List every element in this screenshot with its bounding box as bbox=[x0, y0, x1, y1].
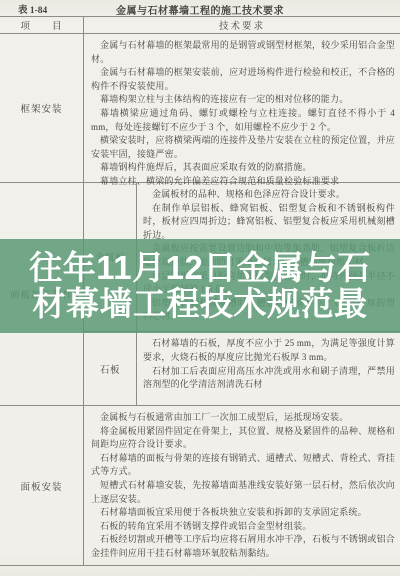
row-label-panel-install: 面板安装 bbox=[0, 406, 84, 565]
header-cell-requirement: 技术要求 bbox=[84, 17, 400, 33]
row-content-frame-install: 金属与石材幕墙的框架最常用的是钢管或钢型材框架，较少采用铝合金型材。 金属与石材… bbox=[84, 34, 400, 182]
paragraph: 幕墙钢构件施焊后，其表面应采取有效的防腐措施。 bbox=[91, 161, 395, 175]
row-frame-install: 框架安装 金属与石材幕墙的框架最常用的是钢管或钢型材框架，较少采用铝合金型材。 … bbox=[0, 34, 400, 183]
paragraph: 幕墙构架立柱与主体结构的连接应有一定的相对位移的能力。 bbox=[91, 93, 395, 107]
paragraph: 将金属板用紧固件固定在骨架上，其位置、规格及紧固件的品种、规格和间距均应符合设计… bbox=[91, 425, 395, 452]
header-requirement-label: 技术要求 bbox=[219, 18, 265, 32]
paragraph: 金属板与石板通常由加工厂一次加工成型后，运抵现场安装。 bbox=[91, 411, 395, 425]
watermark-title-line2: 材幕墙工程技术规范最 bbox=[33, 286, 368, 322]
paragraph: 石材幕墙的面板与骨架的连接有钢销式、通槽式、短槽式、背栓式、背挂式等方式。 bbox=[91, 452, 395, 479]
paragraph: 石板经切割或开槽等工序后均应将石屑用水冲干净，石板与不锈钢或铝合金挂件间应用干挂… bbox=[91, 533, 395, 560]
paragraph: 短槽式石材幕墙安装，先按幕墙面基准线安装好第一层石材，然后依次向上逐层安装。 bbox=[91, 479, 395, 506]
row-label-frame-install: 框架安装 bbox=[0, 34, 84, 182]
paragraph: 石材幕墙的石板，厚度不应小于 25 mm，为满足等强度计算要求，火烧石板的厚度应… bbox=[143, 337, 395, 364]
table-header-row: 项 目 技术要求 bbox=[0, 17, 400, 34]
paragraph: 石材加工后表面应用高压水冲洗或用水和刷子清理，严禁用溶剂型的化学清洁剂清洗石材 bbox=[143, 365, 395, 392]
table-title: 金属与石材幕墙工程的施工技术要求 bbox=[0, 2, 400, 17]
watermark-banner: 往年11月12日金属与石 材幕墙工程技术规范最 bbox=[0, 239, 400, 333]
paragraph: 幕墙横梁应通过角码、螺钉或螺栓与立柱连接。螺钉直径不得小于 4 mm，每处连接螺… bbox=[91, 107, 395, 134]
row-content-panel-install: 金属板与石板通常由加工厂一次加工成型后，运抵现场安装。 将金属板用紧固件固定在骨… bbox=[84, 406, 400, 565]
scanned-document-page: 表 1-84 金属与石材幕墙工程的施工技术要求 项 目 技术要求 框架安装 金属… bbox=[0, 0, 400, 576]
paragraph: 横梁安装时，应将横梁两端的连接件及垫片安装在立柱的预定位置，并应安装牢固，接缝严… bbox=[91, 134, 395, 161]
paragraph: 在制作单层铝板、蜂窝铝板、铝塑复合板和不锈钢板构件时，板材应四周折边；蜂窝铝板、… bbox=[143, 202, 395, 243]
subrow-stone-panel: 石板 石材幕墙的石板，厚度不应小于 25 mm，为满足等强度计算要求，火烧石板的… bbox=[84, 332, 400, 405]
table-caption: 表 1-84 金属与石材幕墙工程的施工技术要求 bbox=[0, 2, 400, 15]
subrow-content-stone-panel: 石材幕墙的石板，厚度不应小于 25 mm，为满足等强度计算要求，火烧石板的厚度应… bbox=[137, 332, 400, 405]
subrow-label-stone-panel: 石板 bbox=[84, 332, 137, 405]
paragraph: 石板的转角宜采用不锈钢支撑件或铝合金型材组装。 bbox=[91, 520, 395, 534]
paragraph: 金属与石材幕墙的框架最常用的是钢管或钢型材框架，较少采用铝合金型材。 bbox=[91, 39, 395, 66]
paragraph: 金属板材的品种、规格和色泽应符合设计要求。 bbox=[143, 188, 395, 202]
paragraph: 金属与石材幕墙的框架安装前，应对进场构件进行检验和校正，不合格的构件不得安装使用… bbox=[91, 66, 395, 93]
table-number: 表 1-84 bbox=[18, 2, 47, 16]
watermark-title-line1: 往年11月12日金属与石 bbox=[29, 250, 371, 286]
paragraph: 石材幕墙面板宜采用便于各板块独立安装和拆卸的支承固定系统。 bbox=[91, 506, 395, 520]
header-cell-item: 项 目 bbox=[0, 17, 84, 33]
row-panel-install: 面板安装 金属板与石板通常由加工厂一次加工成型后，运抵现场安装。 将金属板用紧固… bbox=[0, 406, 400, 566]
